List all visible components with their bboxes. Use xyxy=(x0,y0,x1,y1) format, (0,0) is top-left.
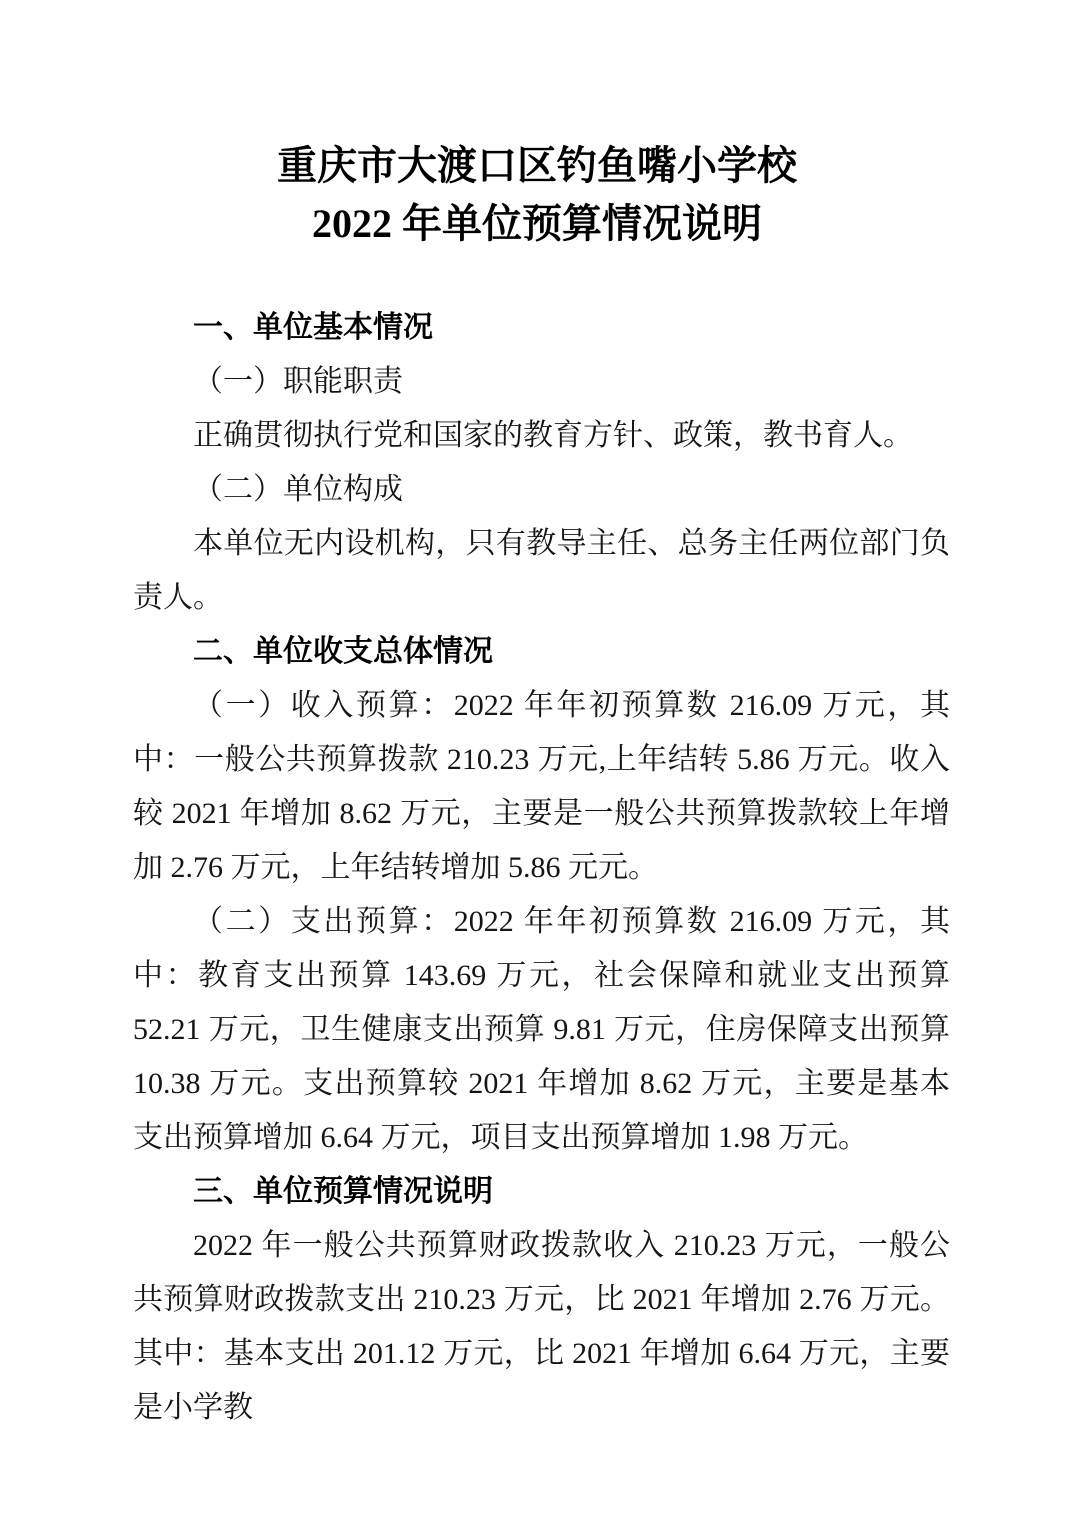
section-3-heading: 三、单位预算情况说明 xyxy=(133,1165,950,1219)
section-2-paragraph-2: （二）支出预算：2022 年年初预算数 216.09 万元，其中：教育支出预算 … xyxy=(133,895,950,1165)
document-body: 一、单位基本情况 （一）职能职责 正确贯彻执行党和国家的教育方针、政策，教书育人… xyxy=(133,301,950,1435)
document-page: 重庆市大渡口区钓鱼嘴小学校 2022 年单位预算情况说明 一、单位基本情况 （一… xyxy=(0,0,1074,1520)
section-1-sub-2: （二）单位构成 xyxy=(133,463,950,517)
document-title-line1: 重庆市大渡口区钓鱼嘴小学校 xyxy=(0,137,1074,195)
section-2-heading: 二、单位收支总体情况 xyxy=(133,625,950,679)
section-1-heading: 一、单位基本情况 xyxy=(133,301,950,355)
document-title-line2: 2022 年单位预算情况说明 xyxy=(0,195,1074,253)
section-1-paragraph-2: 本单位无内设机构，只有教导主任、总务主任两位部门负责人。 xyxy=(133,517,950,625)
section-1-sub-1: （一）职能职责 xyxy=(133,355,950,409)
section-3-paragraph-1: 2022 年一般公共预算财政拨款收入 210.23 万元，一般公共预算财政拨款支… xyxy=(133,1219,950,1435)
section-1-paragraph-1: 正确贯彻执行党和国家的教育方针、政策，教书育人。 xyxy=(133,409,950,463)
document-title: 重庆市大渡口区钓鱼嘴小学校 2022 年单位预算情况说明 xyxy=(0,137,1074,253)
section-2-paragraph-1: （一）收入预算：2022 年年初预算数 216.09 万元，其中：一般公共预算拨… xyxy=(133,679,950,895)
